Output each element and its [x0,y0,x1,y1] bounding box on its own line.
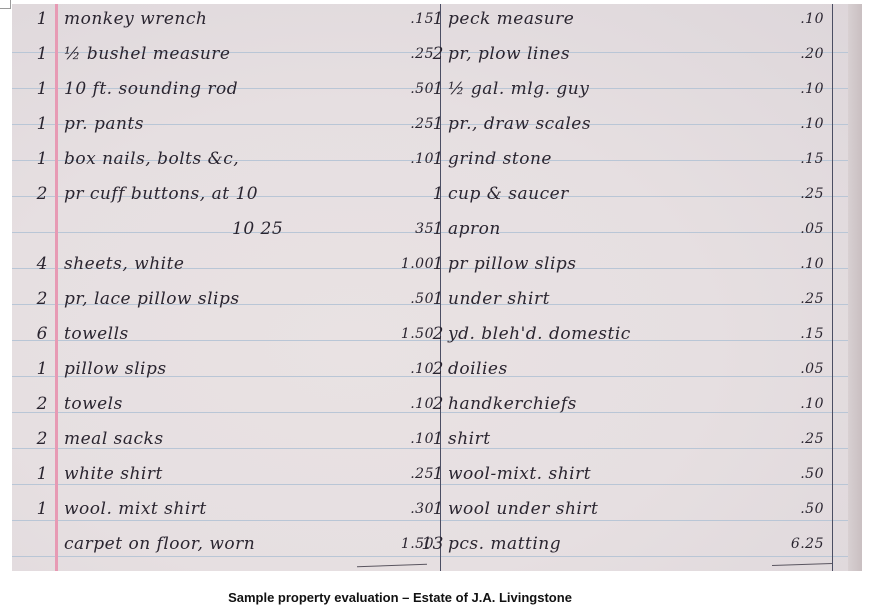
item-value: .10 [774,81,824,97]
item-description: handkerchiefs [448,394,577,414]
caption: Sample property evaluation – Estate of J… [0,590,800,605]
item-value: .10 [774,11,824,27]
item-value: .10 [774,116,824,132]
ledger-row: 1wool under shirt.50 [12,488,862,522]
item-quantity: 2 [416,324,444,344]
item-quantity: 2 [416,394,444,414]
item-description: pr, plow lines [448,44,570,64]
item-description: grind stone [448,149,552,169]
ledger-row: 1cup & saucer.25 [12,173,862,207]
item-quantity: 1 [416,464,444,484]
item-quantity: 1 [416,429,444,449]
item-quantity: 1 [416,114,444,134]
ledger-row: 1½ gal. mlg. guy.10 [12,68,862,102]
ledger-row: 1grind stone.15 [12,138,862,172]
item-value: .25 [774,186,824,202]
item-value: .25 [774,291,824,307]
ledger-row: 1pr pillow slips.10 [12,243,862,277]
item-quantity: 1 [416,219,444,239]
item-quantity: 1 [416,499,444,519]
ledger-row: 2handkerchiefs.10 [12,383,862,417]
item-description: peck measure [448,9,574,29]
corner-marker [0,0,11,9]
item-value: .50 [774,501,824,517]
item-value: .15 [774,326,824,342]
ledger-row: 2doilies.05 [12,348,862,382]
total-underline-right [772,563,832,566]
item-value: .25 [774,431,824,447]
item-quantity: 1 [416,289,444,309]
total-underline-left [357,564,427,567]
item-quantity: 1 [416,79,444,99]
item-quantity: 1 [416,254,444,274]
item-description: ½ gal. mlg. guy [448,79,589,99]
item-description: doilies [448,359,508,379]
item-quantity: 2 [416,44,444,64]
item-quantity: 13 [416,534,444,554]
item-value: .05 [774,361,824,377]
item-description: wool-mixt. shirt [448,464,591,484]
item-value: .05 [774,221,824,237]
item-description: yd. bleh'd. domestic [448,324,631,344]
item-description: pcs. matting [448,534,561,554]
ledger-row: 13pcs. matting6.25 [12,523,862,557]
item-value: .15 [774,151,824,167]
item-quantity: 1 [416,9,444,29]
item-value: 6.25 [774,536,824,552]
item-description: pr., draw scales [448,114,591,134]
item-quantity: 2 [416,359,444,379]
item-value: .50 [774,466,824,482]
item-description: apron [448,219,501,239]
ledger-row: 2pr, plow lines.20 [12,33,862,67]
ledger-row: 1wool-mixt. shirt.50 [12,453,862,487]
ledger-photo: 1monkey wrench.151½ bushel measure.25110… [12,4,862,571]
item-description: shirt [448,429,491,449]
item-description: cup & saucer [448,184,569,204]
item-quantity: 1 [416,149,444,169]
ledger-row: 1shirt.25 [12,418,862,452]
item-quantity: 1 [416,184,444,204]
item-value: .10 [774,396,824,412]
ledger-row: 2yd. bleh'd. domestic.15 [12,313,862,347]
item-description: pr pillow slips [448,254,577,274]
ledger-row: 1pr., draw scales.10 [12,103,862,137]
ledger-row: 1peck measure.10 [12,4,862,32]
item-value: .10 [774,256,824,272]
ledger-row: 1under shirt.25 [12,278,862,312]
ledger-row: 1apron.05 [12,208,862,242]
item-description: wool under shirt [448,499,598,519]
item-value: .20 [774,46,824,62]
item-description: under shirt [448,289,550,309]
